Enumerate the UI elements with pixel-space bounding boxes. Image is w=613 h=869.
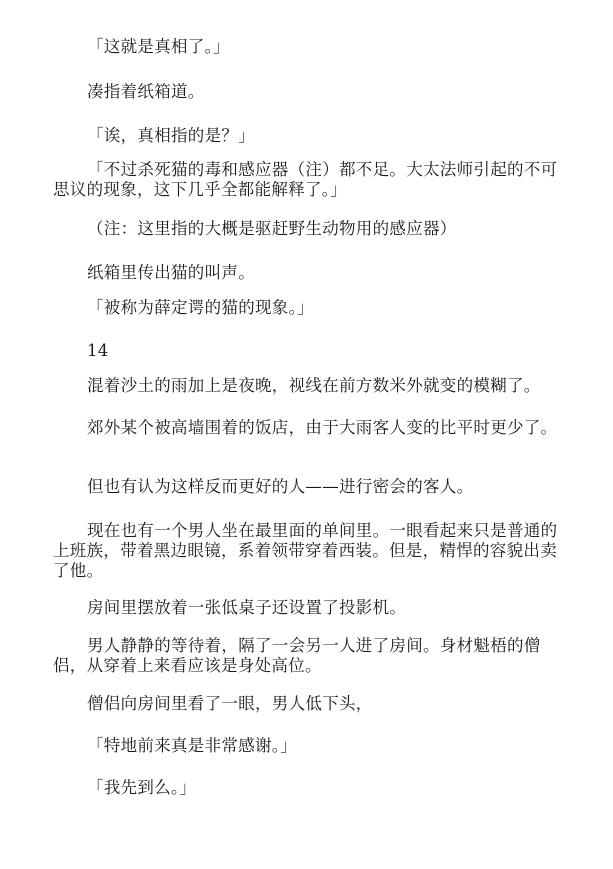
paragraph: 「诶，真相指的是？」 [53, 126, 573, 146]
section-number: 14 [53, 341, 573, 361]
paragraph: 但也有认为这样反而更好的人——进行密会的客人。 [53, 477, 573, 497]
paragraph: 僧侣向房间里看了一眼，男人低下头， [53, 694, 573, 714]
footnote: （注：这里指的大概是驱赶野生动物用的感应器） [53, 219, 573, 239]
paragraph: 「特地前来真是非常感谢。」 [53, 736, 573, 756]
paragraph: 凑指着纸箱道。 [53, 82, 573, 102]
paragraph: 「被称为薛定谔的猫的现象。」 [53, 298, 573, 318]
paragraph: 男人静静的等待着，隔了一会另一人进了房间。身材魁梧的僧侣，从穿着上来看应该是身处… [53, 636, 573, 676]
paragraph: 「我先到么。」 [53, 778, 573, 798]
paragraph: 现在也有一个男人坐在最里面的单间里。一眼看起来只是普通的上班族，带着黑边眼镜，系… [53, 521, 573, 581]
paragraph: 郊外某个被高墙围着的饭店，由于大雨客人变的比平时更少了。 [53, 418, 573, 438]
paragraph: 纸箱里传出猫的叫声。 [53, 263, 573, 283]
paragraph: 混着沙土的雨加上是夜晚，视线在前方数米外就变的模糊了。 [53, 376, 573, 396]
paragraph: 「这就是真相了。」 [53, 37, 573, 57]
paragraph: 「不过杀死猫的毒和感应器（注）都不足。大太法师引起的不可思议的现象，这下几乎全都… [53, 160, 573, 200]
paragraph: 房间里摆放着一张低桌子还设置了投影机。 [53, 598, 573, 618]
